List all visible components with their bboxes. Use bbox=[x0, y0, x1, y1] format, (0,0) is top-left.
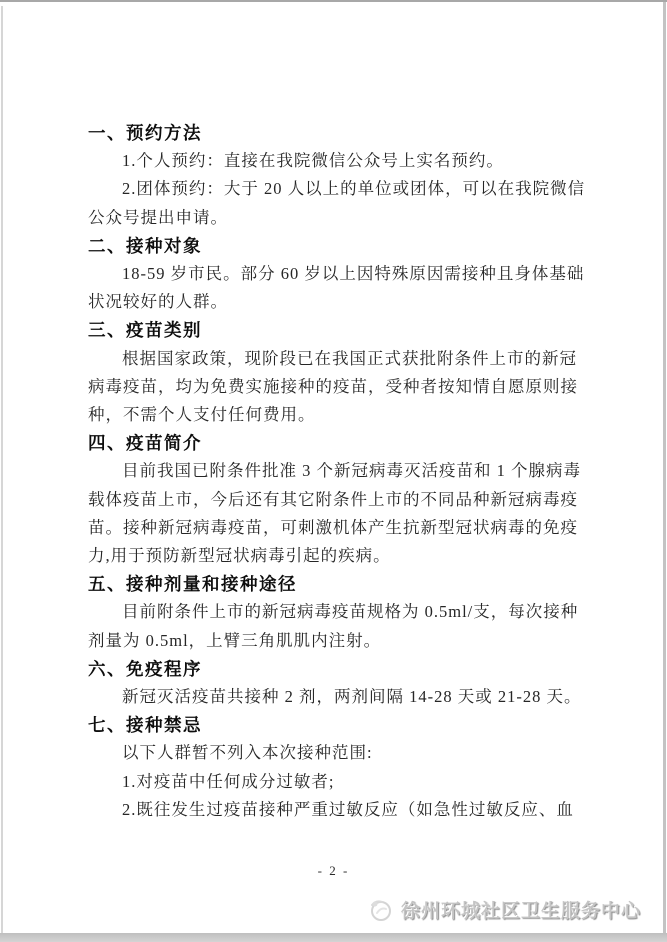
body-line: 根据国家政策，现阶段已在我国正式获批附条件上市的新冠 bbox=[88, 345, 588, 373]
body-line: 1.对疫苗中任何成分过敏者; bbox=[88, 768, 588, 796]
document-page: 一、预约方法 1.个人预约：直接在我院微信公众号上实名预约。 2.团体预约：大于… bbox=[0, 0, 667, 942]
page-edge-left bbox=[1, 6, 3, 933]
document-body: 一、预约方法 1.个人预约：直接在我院微信公众号上实名预约。 2.团体预约：大于… bbox=[88, 119, 588, 824]
body-line: 2.既往发生过疫苗接种严重过敏反应（如急性过敏反应、血 bbox=[88, 796, 588, 824]
section-heading: 七、接种禁忌 bbox=[88, 711, 588, 739]
section-heading: 四、疫苗简介 bbox=[88, 429, 588, 457]
body-line: 剂量为 0.5ml，上臂三角肌肌内注射。 bbox=[88, 627, 588, 655]
body-line: 公众号提出申请。 bbox=[88, 204, 588, 232]
body-line: 2.团体预约：大于 20 人以上的单位或团体，可以在我院微信 bbox=[88, 175, 588, 203]
body-line: 种，不需个人支付任何费用。 bbox=[88, 401, 588, 429]
body-line: 病毒疫苗，均为免费实施接种的疫苗，受种者按知情自愿原则接 bbox=[88, 373, 588, 401]
body-line: 以下人群暂不列入本次接种范围: bbox=[88, 739, 588, 767]
body-line: 目前附条件上市的新冠病毒疫苗规格为 0.5ml/支，每次接种 bbox=[88, 598, 588, 626]
body-line: 新冠灭活疫苗共接种 2 剂，两剂间隔 14-28 天或 21-28 天。 bbox=[88, 683, 588, 711]
body-line: 目前我国已附条件批准 3 个新冠病毒灭活疫苗和 1 个腺病毒 bbox=[88, 457, 588, 485]
section-heading: 五、接种剂量和接种途径 bbox=[88, 570, 588, 598]
clinic-emblem-icon bbox=[367, 896, 394, 923]
body-line: 苗。接种新冠病毒疫苗，可刺激机体产生抗新型冠状病毒的免疫 bbox=[88, 514, 588, 542]
body-line: 力,用于预防新型冠状病毒引起的疾病。 bbox=[88, 542, 588, 570]
section-heading: 一、预约方法 bbox=[88, 119, 588, 147]
body-line: 状况较好的人群。 bbox=[88, 288, 588, 316]
footer-logo: 徐州环城社区卫生服务中心 bbox=[367, 896, 641, 923]
page-number: - 2 - bbox=[0, 863, 667, 879]
body-line: 载体疫苗上市，今后还有其它附条件上市的不同品种新冠病毒疫 bbox=[88, 486, 588, 514]
footer-logo-text: 徐州环城社区卫生服务中心 bbox=[401, 896, 641, 923]
body-line: 1.个人预约：直接在我院微信公众号上实名预约。 bbox=[88, 147, 588, 175]
page-edge-right bbox=[663, 2, 666, 933]
page-edge-top bbox=[0, 0, 667, 2]
section-heading: 三、疫苗类别 bbox=[88, 316, 588, 344]
section-heading: 二、接种对象 bbox=[88, 232, 588, 260]
section-heading: 六、免疫程序 bbox=[88, 655, 588, 683]
body-line: 18-59 岁市民。部分 60 岁以上因特殊原因需接种且身体基础 bbox=[88, 260, 588, 288]
page-edge-bottom bbox=[0, 933, 667, 942]
